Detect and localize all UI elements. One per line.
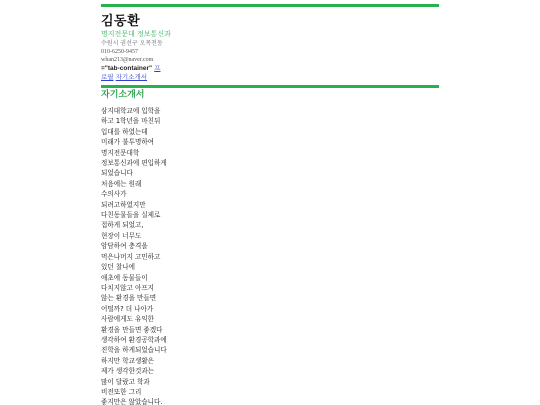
intro-paragraph: 현장이 너무도 암담하여 충격을 먹은나머지 고민하고 있던 찰나에	[101, 231, 167, 273]
section-divider	[101, 85, 439, 88]
intro-paragraph: 처음에는 원래 수의사가 되려고하였지만 다친동물들을 실제로 접하게 되었고,	[101, 179, 167, 231]
intro-paragraph: 하지만 학교생활은 제가 생각한것과는 많이 달랐고 학과 비전또한 그리 좋지…	[101, 356, 167, 405]
intro-paragraph: 삼지대학교에 입학을 하고 1학년을 마친뒤 입대를 하였는데 미래가 불투명하…	[101, 106, 167, 179]
intro-paragraph: 애초에 동물들이 다치지않고 아프지 않는 환경을 만들면 어떨까? 더 나아가…	[101, 273, 167, 356]
tab-link-intro[interactable]: 자기소개서	[116, 73, 147, 81]
profile-email: whan213@naver.com	[101, 56, 439, 64]
stray-markup-text: ="tab-container"	[101, 65, 152, 72]
page-container: 김동환 명지전문대 정보통신과 수원시 권선구 오목천동 010-6250-94…	[101, 0, 439, 405]
section-title: 자기소개서	[101, 89, 439, 101]
profile-phone: 010-6250-9457	[101, 48, 439, 56]
profile-address: 수원시 권선구 오목천동	[101, 40, 439, 48]
tab-nav: ="tab-container" 프로필 자기소개서	[101, 64, 165, 81]
intro-body: 삼지대학교에 입학을 하고 1학년을 마친뒤 입대를 하였는데 미래가 불투명하…	[101, 106, 167, 405]
top-divider	[101, 4, 439, 7]
profile-department: 명지전문대 정보통신과	[101, 30, 171, 39]
profile-name: 김동환	[101, 15, 439, 29]
